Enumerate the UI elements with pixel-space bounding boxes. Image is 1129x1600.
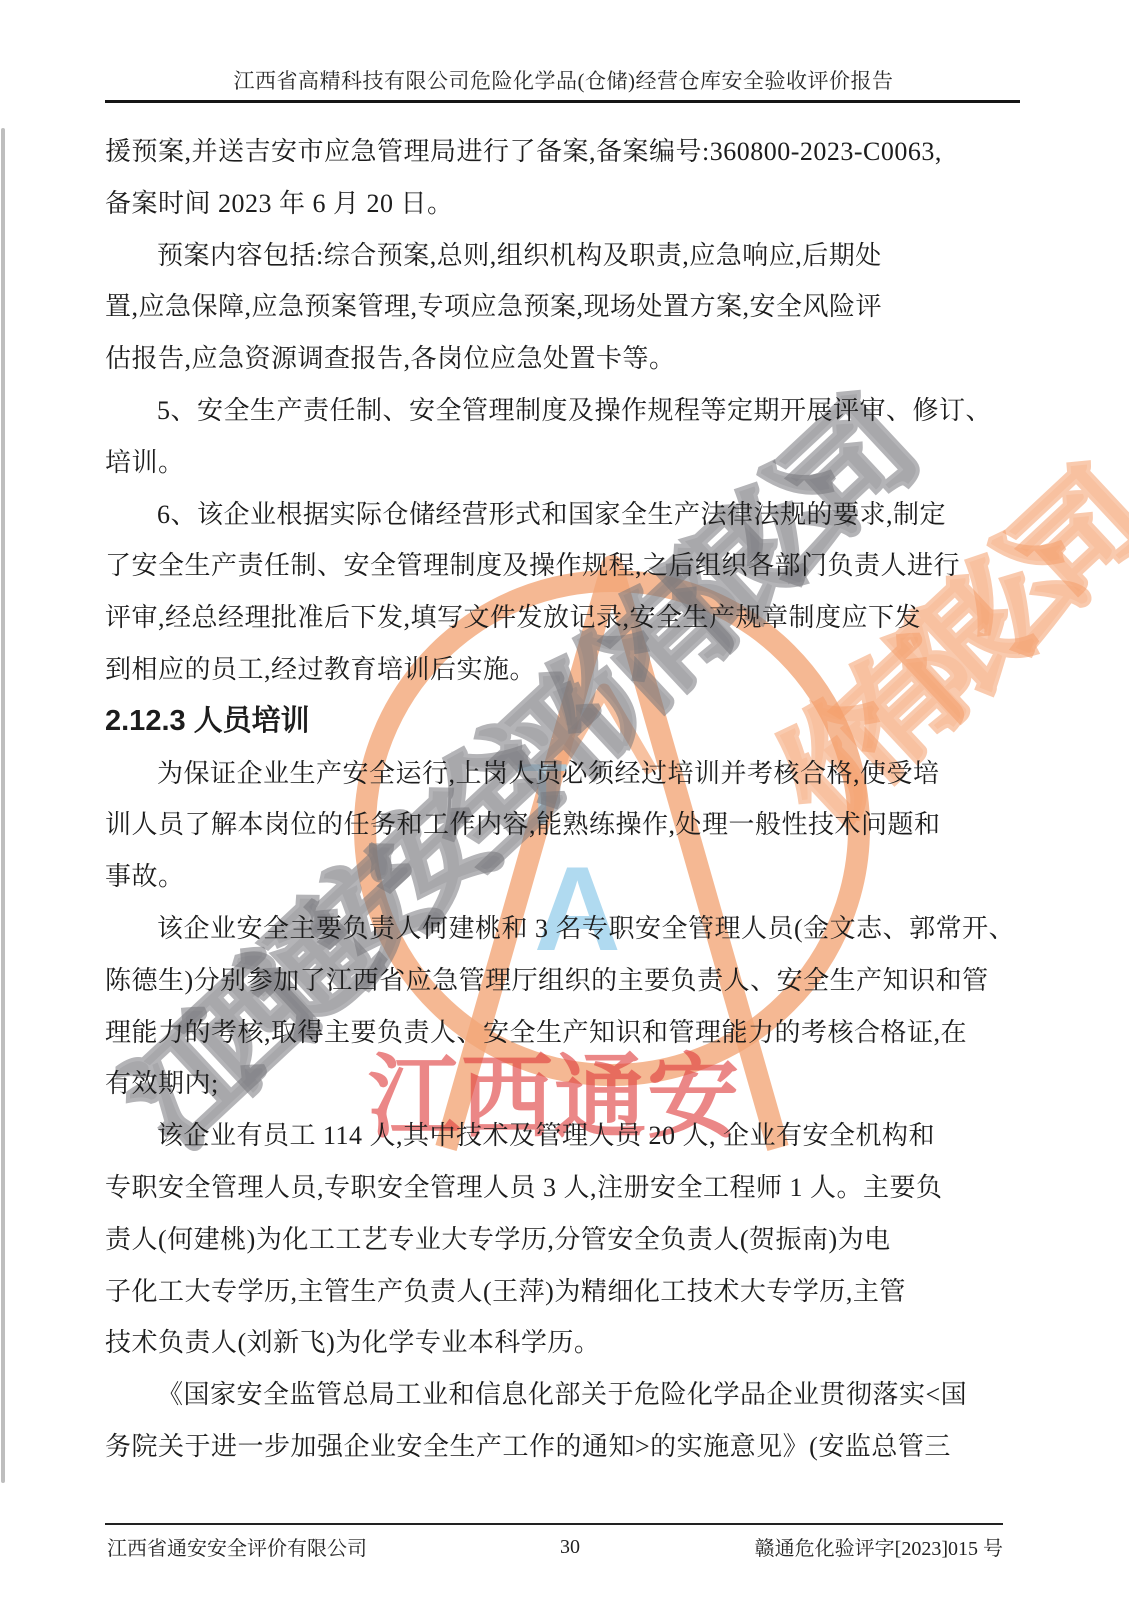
scan-edge-artifact <box>1 128 5 1483</box>
document-body: 援预案,并送吉安市应急管理局进行了备案,备案编号:360800-2023-C00… <box>105 126 1022 1473</box>
body-line: 技术负责人(刘新飞)为化学专业本科学历。 <box>105 1317 1022 1369</box>
body-line: 专职安全管理人员,专职安全管理人员 3 人,注册安全工程师 1 人。主要负 <box>105 1162 1022 1214</box>
body-line: 援预案,并送吉安市应急管理局进行了备案,备案编号:360800-2023-C00… <box>105 126 1022 178</box>
body-line: 6、该企业根据实际仓储经营形式和国家全生产法律法规的要求,制定 <box>105 489 1022 541</box>
body-line: 估报告,应急资源调查报告,各岗位应急处置卡等。 <box>105 333 1022 385</box>
footer-rule <box>105 1523 1003 1525</box>
body-line: 为保证企业生产安全运行,上岗人员必须经过培训并考核合格,使受培 <box>105 748 1022 800</box>
body-line: 置,应急保障,应急预案管理,专项应急预案,现场处置方案,安全风险评 <box>105 281 1022 333</box>
footer-company-name: 江西省通安安全评价有限公司 <box>107 1536 367 1562</box>
body-line: 训人员了解本岗位的任务和工作内容,能熟练操作,处理一般性技术问题和 <box>105 799 1022 851</box>
body-line: 陈德生)分别参加了江西省应急管理厅组织的主要负责人、安全生产知识和管 <box>105 955 1022 1007</box>
body-line: 5、安全生产责任制、安全管理制度及操作规程等定期开展评审、修订、 <box>105 385 1022 437</box>
body-line: 了安全生产责任制、安全管理制度及操作规程,之后组织各部门负责人进行 <box>105 540 1022 592</box>
body-line: 事故。 <box>105 851 1022 903</box>
body-line: 评审,经总经理批准后下发,填写文件发放记录,安全生产规章制度应下发 <box>105 592 1022 644</box>
body-line: 务院关于进一步加强企业安全生产工作的通知>的实施意见》(安监总管三 <box>105 1421 1022 1473</box>
body-line: 培训。 <box>105 437 1022 489</box>
report-page: T A 江西通安安全评价有限公司 价有限公司 江西通安 江西省高精科技有限公司危… <box>0 0 1129 1600</box>
section-heading: 2.12.3 人员培训 <box>105 696 1022 748</box>
body-line: 理能力的考核,取得主要负责人、安全生产知识和管理能力的考核合格证,在 <box>105 1007 1022 1059</box>
body-line: 子化工大专学历,主管生产负责人(王萍)为精细化工技术大专学历,主管 <box>105 1266 1022 1318</box>
body-line: 该企业安全主要负责人何建桃和 3 名专职安全管理人员(金文志、郭常开、 <box>105 903 1022 955</box>
body-line: 责人(何建桃)为化工工艺专业大专学历,分管安全负责人(贺振南)为电 <box>105 1214 1022 1266</box>
footer-page-number: 30 <box>520 1534 620 1560</box>
body-line: 有效期内; <box>105 1058 1022 1110</box>
body-line: 备案时间 2023 年 6 月 20 日。 <box>105 178 1022 230</box>
body-line: 该企业有员工 114 人,其中技术及管理人员 20 人, 企业有安全机构和 <box>105 1110 1022 1162</box>
page-header-title: 江西省高精科技有限公司危险化学品(仓储)经营仓库安全验收评价报告 <box>105 68 1022 94</box>
header-rule <box>105 100 1020 103</box>
body-line: 预案内容包括:综合预案,总则,组织机构及职责,应急响应,后期处 <box>105 230 1022 282</box>
footer-document-number: 赣通危化验评字[2023]015 号 <box>755 1536 1003 1562</box>
body-line: 《国家安全监管总局工业和信息化部关于危险化学品企业贯彻落实<国 <box>105 1369 1022 1421</box>
body-line: 到相应的员工,经过教育培训后实施。 <box>105 644 1022 696</box>
